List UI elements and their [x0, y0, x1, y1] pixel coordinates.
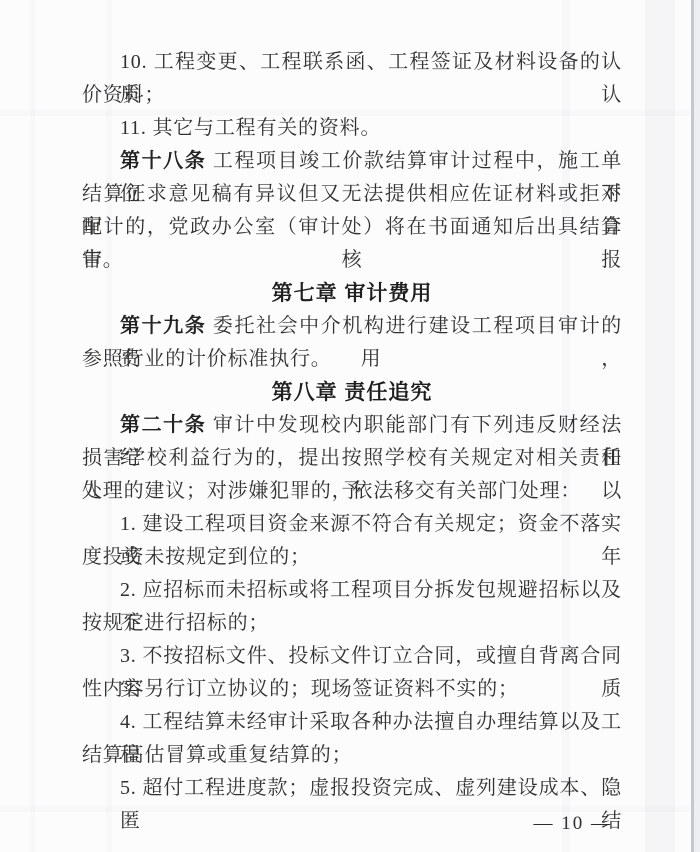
text-line: 第十九条 委托社会中介机构进行建设工程项目审计的费用，	[82, 310, 622, 343]
text-line: 处理的建议；对涉嫌犯罪的，依法移交有关部门处理：	[82, 475, 622, 508]
scan-edge-margin	[694, 0, 700, 852]
scan-streak	[645, 0, 675, 852]
text-line: 结算征求意见稿有异议但又无法提供相应佐证材料或拒不配合	[82, 178, 622, 211]
scan-streak	[30, 0, 35, 852]
document-page: 10. 工程变更、工程联系函、工程签证及材料设备的认质认价资料；11. 其它与工…	[0, 0, 700, 852]
document-body: 10. 工程变更、工程联系函、工程签证及材料设备的认质认价资料；11. 其它与工…	[82, 46, 622, 805]
article-number: 第二十条	[120, 414, 206, 436]
text-line: 5. 超付工程进度款；虚报投资完成、虚列建设成本、隐匿结	[82, 772, 622, 805]
article-number: 第十九条	[120, 315, 206, 337]
chapter-heading: 第七章 审计费用	[82, 277, 622, 310]
chapter-heading: 第八章 责任追究	[82, 376, 622, 409]
article-number: 第十八条	[120, 150, 206, 172]
text-line: 2. 应招标而未招标或将工程项目分拆发包规避招标以及不	[82, 574, 622, 607]
text-line: 1. 建设工程项目资金来源不符合有关规定；资金不落实或年	[82, 508, 622, 541]
text-line: 10. 工程变更、工程联系函、工程签证及材料设备的认质认	[82, 46, 622, 79]
text-line: 第十八条 工程项目竣工价款结算审计过程中，施工单位对	[82, 145, 622, 178]
text-line: 3. 不按招标文件、投标文件订立合同，或擅自背离合同实质	[82, 640, 622, 673]
text-line: 审计的，党政办公室（审计处）将在书面通知后出具结算审核报	[82, 211, 622, 244]
text-line: 11. 其它与工程有关的资料。	[82, 112, 622, 145]
text-line: 结算高估冒算或重复结算的；	[82, 739, 622, 772]
text-line: 4. 工程结算未经审计采取各种办法擅自办理结算以及工程	[82, 706, 622, 739]
page-number: — 10 —	[534, 812, 613, 836]
text-line: 第二十条 审计中发现校内职能部门有下列违反财经法纪和	[82, 409, 622, 442]
text-line: 按规定进行招标的；	[82, 607, 622, 640]
text-line: 损害学校利益行为的，提出按照学校有关规定对相关责任人予以	[82, 442, 622, 475]
